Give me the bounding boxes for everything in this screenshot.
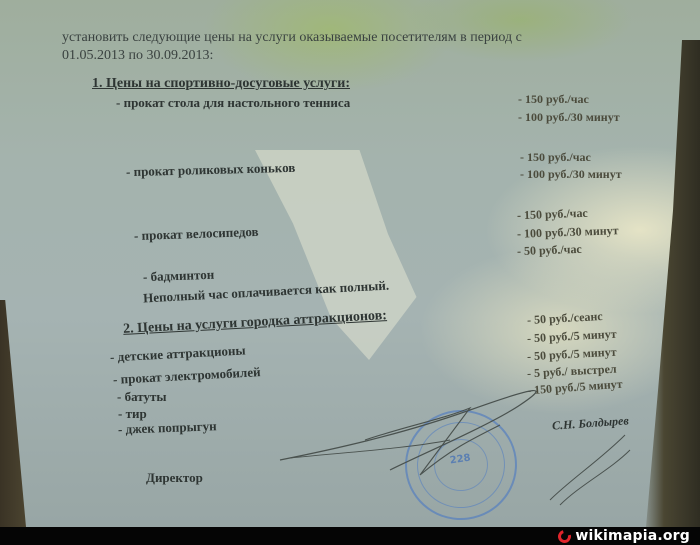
price-table-tennis-hour: - 150 руб./час: [518, 92, 589, 107]
item-trampolines: - батуты: [117, 389, 167, 405]
item-table-tennis: - прокат стола для настольного тенниса: [116, 95, 350, 111]
wikimapia-logo-icon: [556, 527, 574, 545]
intro-line-2: 01.05.2013 по 30.09.2013:: [62, 48, 213, 64]
price-bicycles-30min: - 100 руб./30 минут: [517, 223, 619, 242]
notice-photo: установить следующие цены на услуги оказ…: [0, 0, 700, 527]
price-bicycles-hour: - 150 руб./час: [517, 206, 588, 223]
intro-line-1: установить следующие цены на услуги оказ…: [62, 30, 522, 46]
item-electric-cars: - прокат электромобилей: [113, 364, 261, 388]
price-roller-skates-hour: - 150 руб./час: [520, 150, 591, 165]
price-roller-skates-30min: - 100 руб./30 минут: [520, 167, 622, 182]
price-electric-cars: - 50 руб./5 минут: [527, 327, 617, 347]
price-kids-rides: - 50 руб./сеанс: [527, 309, 603, 328]
item-bicycles: - прокат велосипедов: [134, 224, 259, 244]
item-shooting-gallery: - тир: [118, 406, 147, 422]
section-1-heading: 1. Цены на спортивно-досуговые услуги:: [92, 76, 350, 92]
handwritten-signature: [270, 380, 650, 520]
watermark-bar: wikimapia.org: [0, 527, 700, 545]
watermark-text: wikimapia.org: [575, 528, 690, 544]
wikimapia-watermark: wikimapia.org: [558, 527, 690, 545]
price-badminton-hour: - 50 руб./час: [517, 242, 582, 259]
price-table-tennis-30min: - 100 руб./30 минут: [518, 110, 620, 125]
window-frame-left: [0, 300, 26, 527]
item-badminton: - бадминтон: [143, 267, 215, 285]
item-jack-jumper: - джек попрыгун: [118, 418, 217, 437]
item-kids-rides: - детские аттракционы: [110, 342, 246, 365]
director-title: Директор: [146, 470, 203, 486]
